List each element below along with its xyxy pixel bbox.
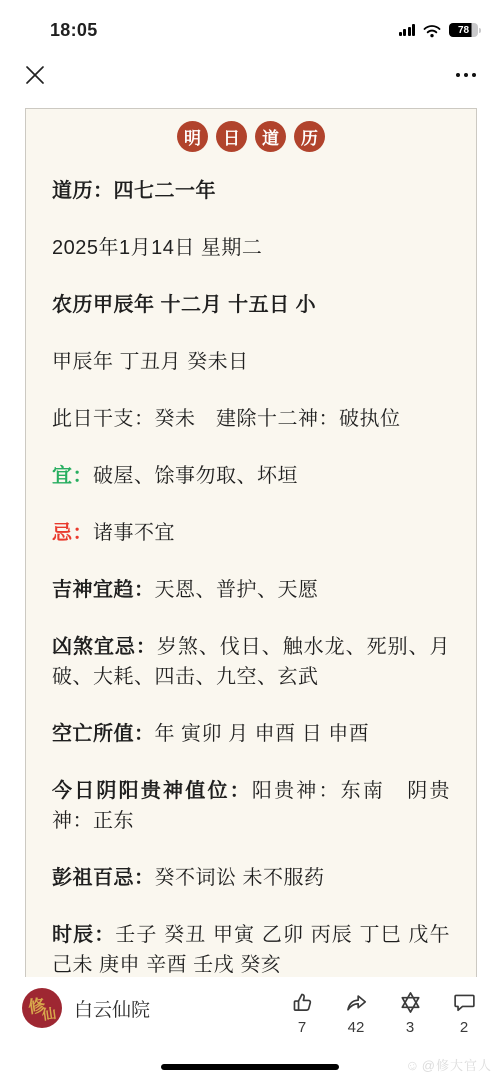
status-icons: 78 xyxy=(399,23,479,38)
wifi-icon xyxy=(422,23,442,38)
void-values-text: 年 寅卯 月 申酉 日 申酉 xyxy=(155,723,370,745)
avatar[interactable]: 修 仙 xyxy=(22,988,62,1028)
lucky-gods-line: 吉神宜趋：天恩、普护、天愿 xyxy=(52,575,450,605)
account-info[interactable]: 修 仙 白云仙院 xyxy=(22,988,150,1028)
lucky-gods-text: 天恩、普护、天愿 xyxy=(155,579,319,601)
pengzu-taboos-label: 彭祖百忌： xyxy=(52,867,155,889)
flower-button[interactable]: 3 xyxy=(396,990,424,1036)
signal-strength-icon xyxy=(399,24,416,36)
engagement-actions: 7 42 3 2 xyxy=(288,988,478,1036)
noble-gods-line: 今日阴阳贵神值位：阳贵神：东南 阴贵神：正东 xyxy=(52,776,450,836)
more-options-icon[interactable] xyxy=(456,73,476,77)
comment-button[interactable]: 2 xyxy=(450,990,478,1036)
share-arrow-icon xyxy=(344,990,369,1015)
comment-count: 2 xyxy=(460,1019,468,1036)
evil-spirits-label: 凶煞宜忌： xyxy=(52,636,157,658)
like-count: 7 xyxy=(298,1019,306,1036)
watermark-text: @修大官人 xyxy=(422,1055,492,1074)
noble-gods-label: 今日阴阳贵神值位： xyxy=(52,780,252,802)
like-button[interactable]: 7 xyxy=(288,990,316,1036)
status-bar: 18:05 78 xyxy=(0,0,500,50)
pengzu-taboos-line: 彭祖百忌：癸不词讼 未不服药 xyxy=(52,863,450,893)
account-name[interactable]: 白云仙院 xyxy=(74,995,150,1022)
inauspicious-text: 诸事不宜 xyxy=(93,522,175,544)
almanac-card: 明 日 道 历 道历：四七二一年 2025年1月14日 星期二 农历甲辰年 十二… xyxy=(25,108,477,977)
ganzhi-line: 甲辰年 丁丑月 癸未日 xyxy=(52,347,450,377)
auspicious-line: 宜：破屋、馀事勿取、坏垣 xyxy=(52,461,450,491)
hours-line: 时辰：壬子 癸丑 甲寅 乙卯 丙辰 丁巳 戊午 己未 庚申 辛酉 壬戌 癸亥 xyxy=(52,920,450,977)
close-icon[interactable] xyxy=(24,64,46,86)
thumbs-up-icon xyxy=(290,990,315,1015)
void-values-label: 空亡所值： xyxy=(52,723,155,745)
hours-label: 时辰： xyxy=(52,924,115,946)
share-button[interactable]: 42 xyxy=(342,990,370,1036)
dao-calendar-year-line: 道历：四七二一年 xyxy=(52,176,450,206)
card-title-badges: 明 日 道 历 xyxy=(52,121,450,152)
avatar-text: 仙 xyxy=(41,1003,58,1025)
evil-spirits-line: 凶煞宜忌：岁煞、伐日、触水龙、死别、月破、大耗、四击、九空、玄武 xyxy=(52,632,450,692)
title-badge: 道 xyxy=(255,121,286,152)
flower-count: 3 xyxy=(406,1019,414,1036)
inauspicious-label: 忌： xyxy=(52,522,93,544)
lunar-date-line: 农历甲辰年 十二月 十五日 小 xyxy=(52,290,450,320)
pengzu-taboos-text: 癸不词讼 未不服药 xyxy=(155,867,325,889)
void-values-line: 空亡所值：年 寅卯 月 申酉 日 申酉 xyxy=(52,719,450,749)
nav-bar xyxy=(0,50,500,100)
share-count: 42 xyxy=(348,1019,365,1036)
weibo-watermark-icon: ☺ xyxy=(403,1055,422,1074)
watermark: ☺ @修大官人 xyxy=(405,1055,493,1074)
battery-icon: 78 xyxy=(449,23,478,37)
title-badge: 明 xyxy=(177,121,208,152)
battery-percent: 78 xyxy=(458,25,469,36)
status-time: 18:05 xyxy=(50,20,98,41)
title-badge: 日 xyxy=(216,121,247,152)
title-badge: 历 xyxy=(294,121,325,152)
comment-icon xyxy=(452,990,477,1015)
lucky-gods-label: 吉神宜趋： xyxy=(52,579,155,601)
day-stem-branch-line: 此日干支：癸未 建除十二神：破执位 xyxy=(52,404,450,434)
gregorian-date-line: 2025年1月14日 星期二 xyxy=(52,233,450,263)
auspicious-text: 破屋、馀事勿取、坏垣 xyxy=(93,465,298,487)
inauspicious-line: 忌：诸事不宜 xyxy=(52,518,450,548)
flower-icon xyxy=(398,990,423,1015)
home-indicator[interactable] xyxy=(161,1064,339,1070)
auspicious-label: 宜： xyxy=(52,465,93,487)
